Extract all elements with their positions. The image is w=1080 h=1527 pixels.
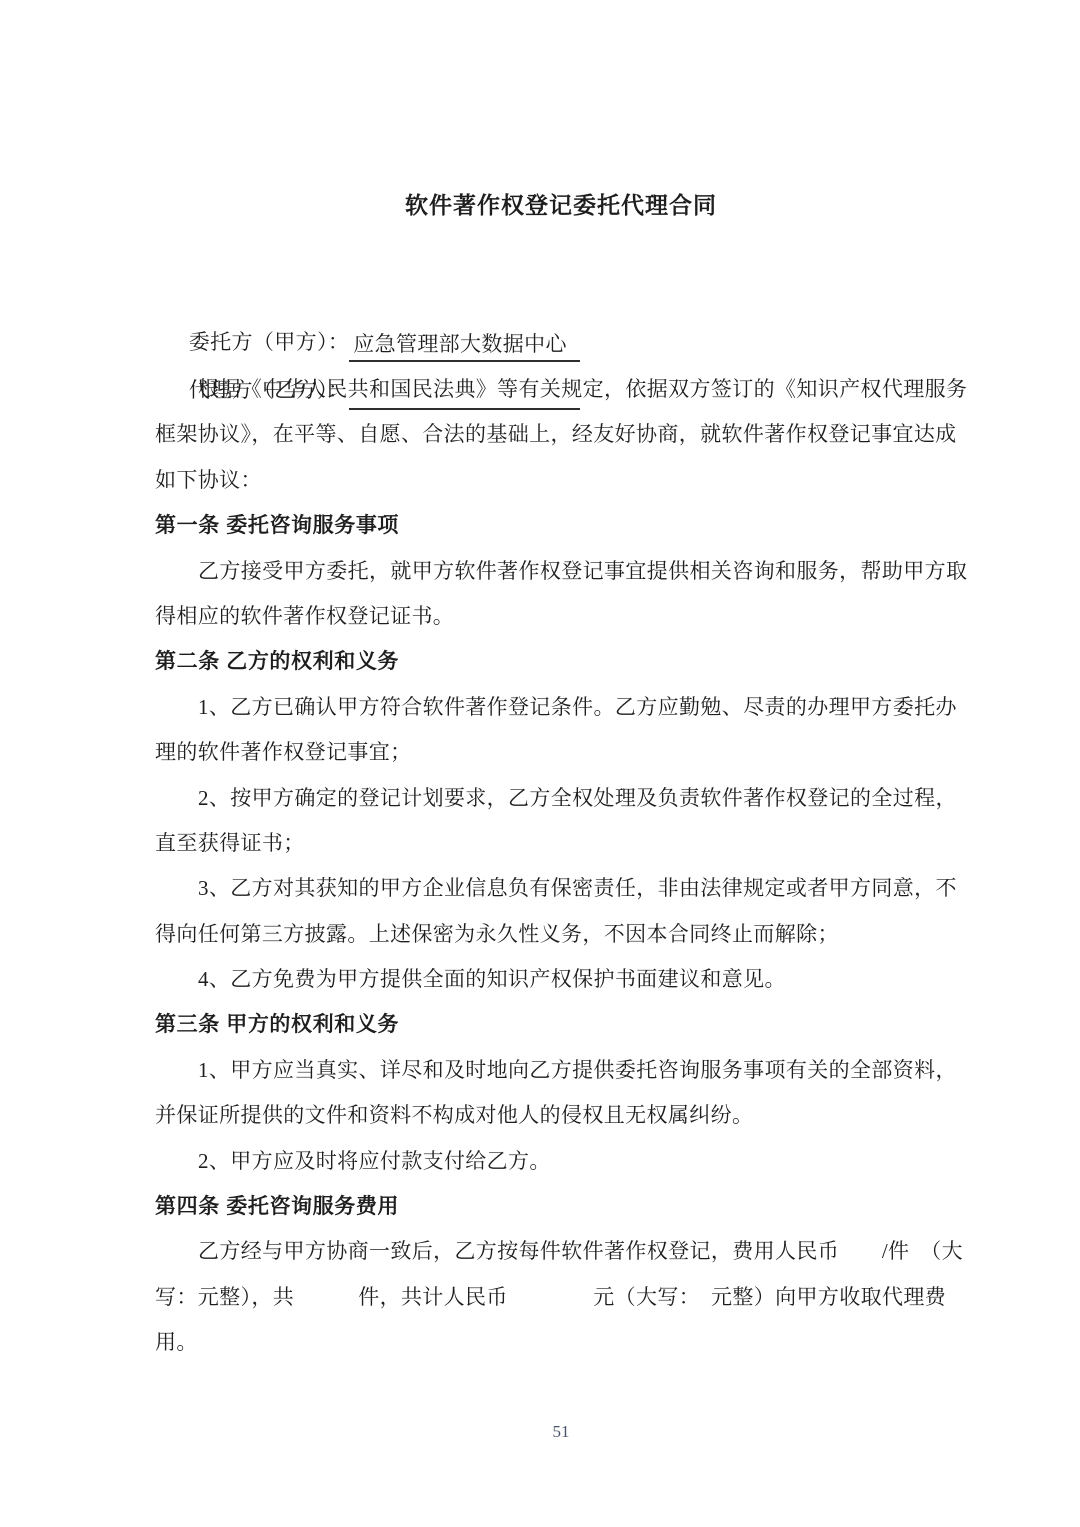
contract-line: 框架协议》，在平等、自愿、合法的基础上，经友好协商，就软件著作权登记事宜达成 <box>155 412 1025 457</box>
contract-line: 如下协议： <box>155 458 1025 503</box>
contract-line: 理的软件著作权登记事宜； <box>155 730 1025 775</box>
section-heading-2: 第二条 乙方的权利和义务 <box>155 639 1025 684</box>
contract-line: 1、甲方应当真实、详尽和及时地向乙方提供委托咨询服务事项有关的全部资料， <box>155 1048 1025 1093</box>
contract-line: 写：元整），共 件，共计人民币 元（大写： 元整）向甲方收取代理费 <box>155 1275 1025 1320</box>
contract-line: 1、乙方已确认甲方符合软件著作登记条件。乙方应勤勉、尽责的办理甲方委托办 <box>155 685 1025 730</box>
contract-line: 并保证所提供的文件和资料不构成对他人的侵权且无权属纠纷。 <box>155 1093 1025 1138</box>
contract-line: 用。 <box>155 1320 1025 1365</box>
section-heading-1: 第一条 委托咨询服务事项 <box>155 503 1025 548</box>
page-number: 51 <box>155 1418 967 1446</box>
section-heading-4: 第四条 委托咨询服务费用 <box>155 1184 1025 1229</box>
contract-line: 乙方接受甲方委托，就甲方软件著作权登记事宜提供相关咨询和服务，帮助甲方取 <box>155 549 1025 594</box>
party-block: 委托方（甲方）：应急管理部大数据中心 代理方（乙方）： <box>155 270 1015 366</box>
party-row-principal: 委托方（甲方）：应急管理部大数据中心 <box>155 270 1015 318</box>
contract-line: 4、乙方免费为甲方提供全面的知识产权保护书面建议和意见。 <box>155 957 1025 1002</box>
section-heading-3: 第三条 甲方的权利和义务 <box>155 1002 1025 1047</box>
party-principal-value-field[interactable]: 应急管理部大数据中心 <box>349 326 580 362</box>
contract-line: 乙方经与甲方协商一致后，乙方按每件软件著作权登记，费用人民币 /件 （大 <box>155 1229 1025 1274</box>
contract-line: 2、按甲方确定的登记计划要求，乙方全权处理及负责软件著作权登记的全过程， <box>155 776 1025 821</box>
contract-line: 2、甲方应及时将应付款支付给乙方。 <box>155 1139 1025 1184</box>
contract-line: 得向任何第三方披露。上述保密为永久性义务，不因本合同终止而解除； <box>155 912 1025 957</box>
party-principal-label: 委托方（甲方）： <box>189 330 349 354</box>
contract-body: 根据《中华人民共和国民法典》等有关规定，依据双方签订的《知识产权代理服务 框架协… <box>155 367 1025 1366</box>
contract-page: 软件著作权登记委托代理合同 委托方（甲方）：应急管理部大数据中心 代理方（乙方）… <box>0 0 1080 1527</box>
document-title: 软件著作权登记委托代理合同 <box>155 190 967 220</box>
contract-line: 得相应的软件著作权登记证书。 <box>155 594 1025 639</box>
contract-line: 3、乙方对其获知的甲方企业信息负有保密责任，非由法律规定或者甲方同意，不 <box>155 866 1025 911</box>
contract-line: 直至获得证书； <box>155 821 1025 866</box>
contract-line: 根据《中华人民共和国民法典》等有关规定，依据双方签订的《知识产权代理服务 <box>155 367 1025 412</box>
